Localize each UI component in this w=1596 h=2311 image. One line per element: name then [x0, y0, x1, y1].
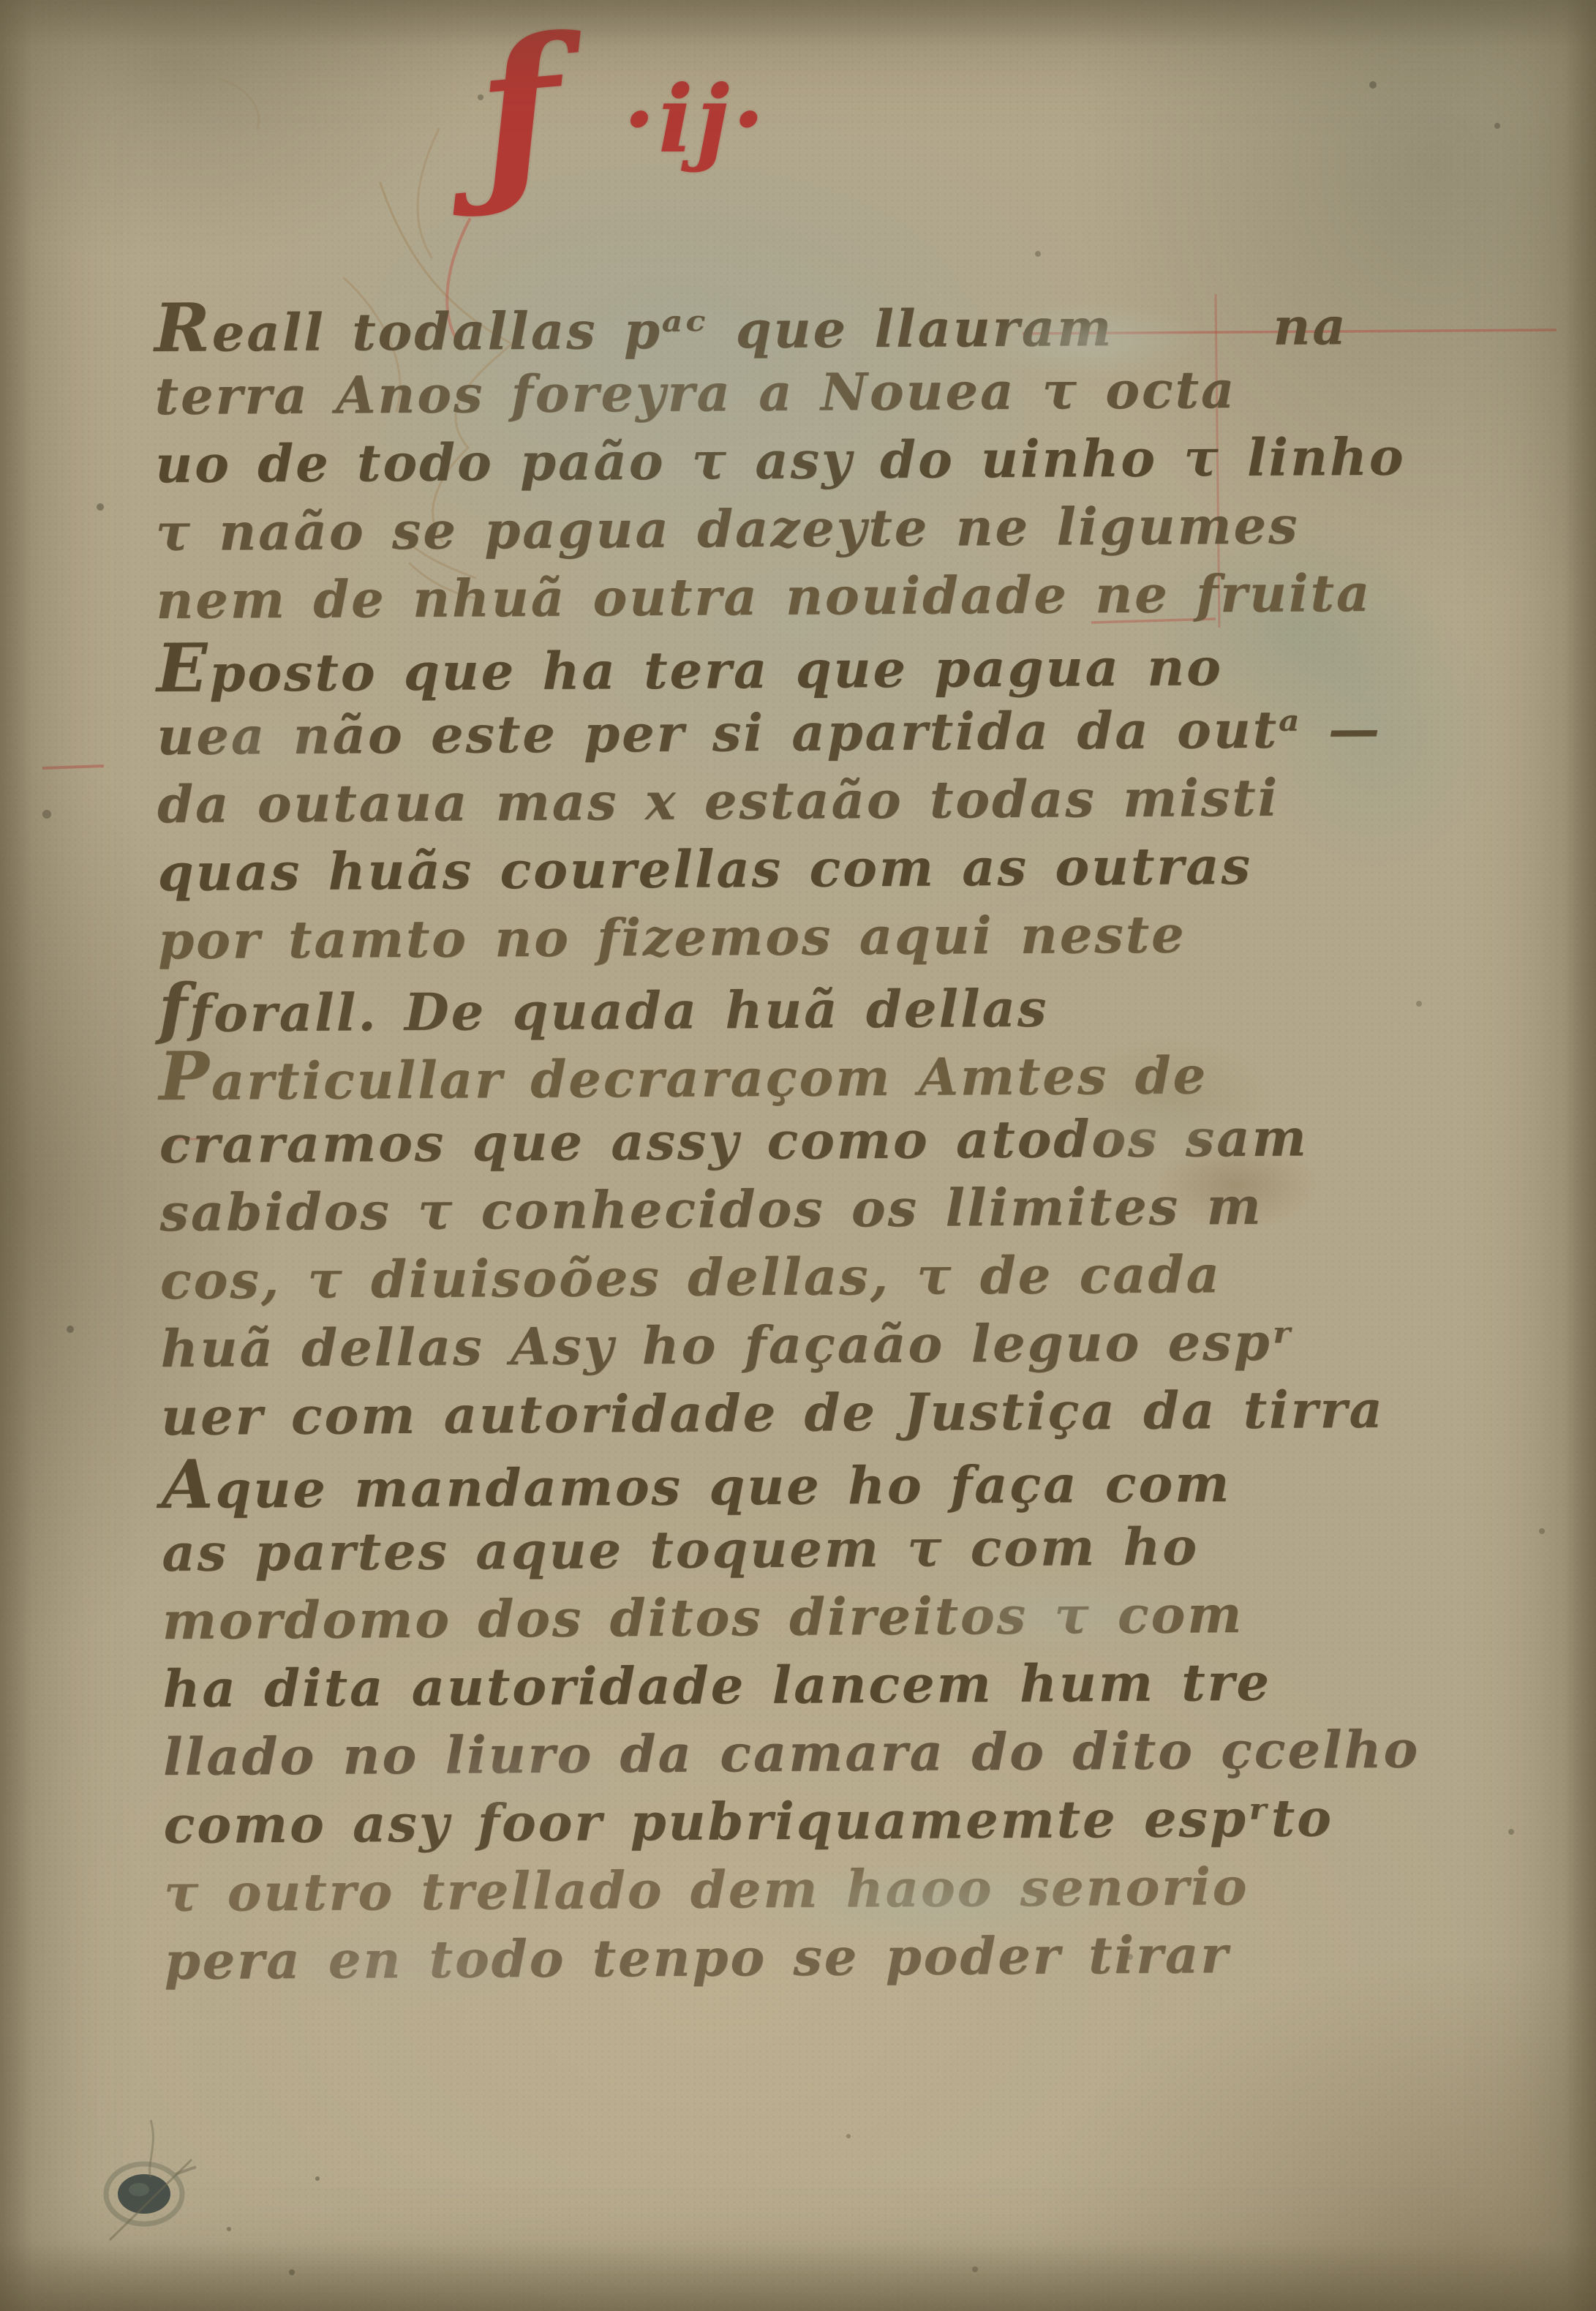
manuscript-text-line: τ outro trellado dem haoo senorio — [164, 1852, 1364, 1928]
manuscript-text-line: mordomo dos ditos direitos τ com — [162, 1580, 1363, 1656]
manuscript-text-line: uea não este per si apartida da outᵃ — — [157, 696, 1357, 771]
manuscript-text-line: sabidos τ conhecidos os llimites m — [159, 1172, 1360, 1247]
manuscript-text-line: nem de nhuã outra nouidade ne fruita — [156, 560, 1356, 635]
manuscript-text-line: as partes aque toquem τ com ho — [162, 1512, 1362, 1587]
manuscript-text-line: quas huãs courellas com as outras — [157, 832, 1358, 907]
manuscript-text-line: cos, τ diuisoões dellas, τ de cada — [160, 1240, 1360, 1315]
manuscript-text-line: craramos que assy como atodos sam — [159, 1104, 1360, 1179]
manuscript-text-line: Reall todallas pᵃᶜ que llauram na — [154, 288, 1355, 363]
manuscript-text-line: ha dita autoridade lancem hum tre — [162, 1648, 1363, 1724]
manuscript-text-line: Particullar decraraçom Amtes de — [159, 1036, 1359, 1111]
manuscript-text-line: por tamto no fizemos aqui neste — [158, 900, 1358, 975]
manuscript-text-line: fforall. De quada huã dellas — [159, 968, 1359, 1043]
manuscript-text-line: como asy foor pubriquamemte espʳto — [163, 1784, 1363, 1860]
manuscript-text-line: terra Anos foreyra a Nouea τ octa — [154, 356, 1355, 431]
manuscript-text-line: Aque mandamos que ho faça com — [162, 1444, 1362, 1519]
text-block: Reall todallas pᵃᶜ que llauram naterra A… — [154, 288, 1364, 1996]
folio-signature-numeral: ·ij· — [623, 73, 767, 165]
parchment-hole — [106, 2120, 196, 2240]
manuscript-text-line: uo de todo paão τ asy do uinho τ linho — [155, 424, 1355, 499]
manuscript-page: ƒ ·ij· Reall todallas pᵃᶜ que llauram na… — [0, 0, 1596, 2311]
manuscript-text-line: uer com autoridade de Justiça da tirra — [161, 1376, 1361, 1451]
manuscript-text-line: da outaua mas x estaão todas misti — [157, 764, 1358, 839]
folio-signature-letter: ƒ — [471, 13, 568, 208]
manuscript-text-line: τ naão se pagua dazeyte ne ligumes — [156, 492, 1356, 567]
manuscript-text-line: Eposto que ha tera que pagua no — [157, 628, 1357, 703]
manuscript-text-line: pera en todo tenpo se poder tirar — [165, 1920, 1365, 1996]
manuscript-text-line: huã dellas Asy ho façaão leguo espʳ — [160, 1308, 1360, 1383]
manuscript-text-line: llado no liuro da camara do dito çcelho — [163, 1716, 1363, 1792]
